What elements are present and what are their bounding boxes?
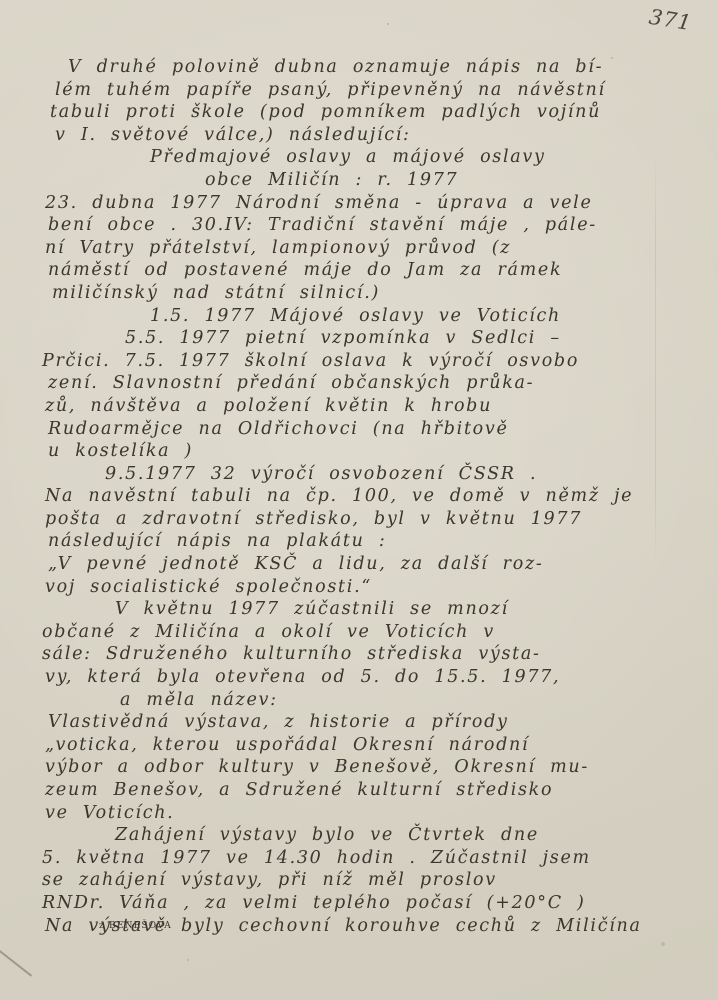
manuscript-line: pošta a zdravotní středisko, byl v květn… <box>45 508 682 531</box>
page-corner-fold <box>0 949 32 976</box>
manuscript-line: vy, která byla otevřena od 5. do 15.5. 1… <box>45 666 682 689</box>
manuscript-line: lém tuhém papíře psaný, připevněný na ná… <box>55 79 682 102</box>
manuscript-line: následující nápis na plakátu : <box>48 530 682 553</box>
manuscript-line: „voticka, kterou uspořádal Okresní národ… <box>45 734 682 757</box>
manuscript-line: V květnu 1977 zúčastnili se mnozí <box>115 598 682 621</box>
manuscript-line: 1.5. 1977 Májové oslavy ve Voticích <box>150 305 682 328</box>
manuscript-line: Vlastivědná výstava, z historie a přírod… <box>48 711 682 734</box>
manuscript-line: 5. května 1977 ve 14.30 hodin . Zúčastni… <box>42 847 682 870</box>
manuscript-line: miličínský nad státní silnicí.) <box>52 282 682 305</box>
manuscript-line: RNDr. Váňa , za velmi teplého počasí (+2… <box>42 892 682 915</box>
manuscript-line: náměstí od postavené máje do Jam za ráme… <box>48 259 682 282</box>
manuscript-line: výbor a odbor kultury v Benešově, Okresn… <box>45 756 682 779</box>
manuscript-text: V druhé polovině dubna oznamuje nápis na… <box>42 56 682 937</box>
manuscript-line: u kostelíka ) <box>48 440 682 463</box>
manuscript-line: ní Vatry přátelství, lampionový průvod (… <box>45 237 682 260</box>
manuscript-page: 371 V druhé polovině dubna oznamuje nápi… <box>0 0 718 1000</box>
manuscript-line: v I. světové válce,) následující: <box>55 124 682 147</box>
manuscript-line: Prčici. 7.5. 1977 školní oslava k výročí… <box>42 350 682 373</box>
manuscript-line: 9.5.1977 32 výročí osvobození ČSSR . <box>105 463 682 486</box>
manuscript-line: ve Voticích. <box>45 802 682 825</box>
inserted-annotation: z BENEŠOVA <box>99 921 172 931</box>
manuscript-line: bení obce . 30.IV: Tradiční stavění máje… <box>48 214 682 237</box>
manuscript-line: Zahájení výstavy bylo ve Čtvrtek dne <box>115 824 682 847</box>
manuscript-line: 23. dubna 1977 Národní směna - úprava a … <box>45 192 682 215</box>
manuscript-line: Předmajové oslavy a májové oslavy <box>150 146 682 169</box>
manuscript-line: zů, návštěva a položení květin k hrobu <box>45 395 682 418</box>
manuscript-line: Rudoarmějce na Oldřichovci (na hřbitově <box>48 418 682 441</box>
manuscript-line: sále: Sdruženého kulturního střediska vý… <box>42 643 682 666</box>
page-number: 371 <box>647 5 693 35</box>
manuscript-line: zení. Slavnostní předání občanských průk… <box>48 372 682 395</box>
manuscript-line: občané z Miličína a okolí ve Voticích v <box>42 621 682 644</box>
manuscript-line: Na navěstní tabuli na čp. 100, ve domě v… <box>45 485 682 508</box>
manuscript-line: a měla název: <box>120 689 682 712</box>
manuscript-line: voj socialistické společnosti.“ <box>45 576 682 599</box>
manuscript-line: se zahájení výstavy, při níž měl proslov <box>42 869 682 892</box>
manuscript-line: „V pevné jednotě KSČ a lidu, za další ro… <box>48 553 682 576</box>
manuscript-line: obce Miličín : r. 1977 <box>205 169 682 192</box>
manuscript-line: V druhé polovině dubna oznamuje nápis na… <box>68 56 682 79</box>
manuscript-line: tabuli proti škole (pod pomníkem padlých… <box>50 101 682 124</box>
manuscript-line: 5.5. 1977 pietní vzpomínka v Sedlci – <box>125 327 682 350</box>
manuscript-line: zeum Benešov, a Sdružené kulturní středi… <box>45 779 682 802</box>
